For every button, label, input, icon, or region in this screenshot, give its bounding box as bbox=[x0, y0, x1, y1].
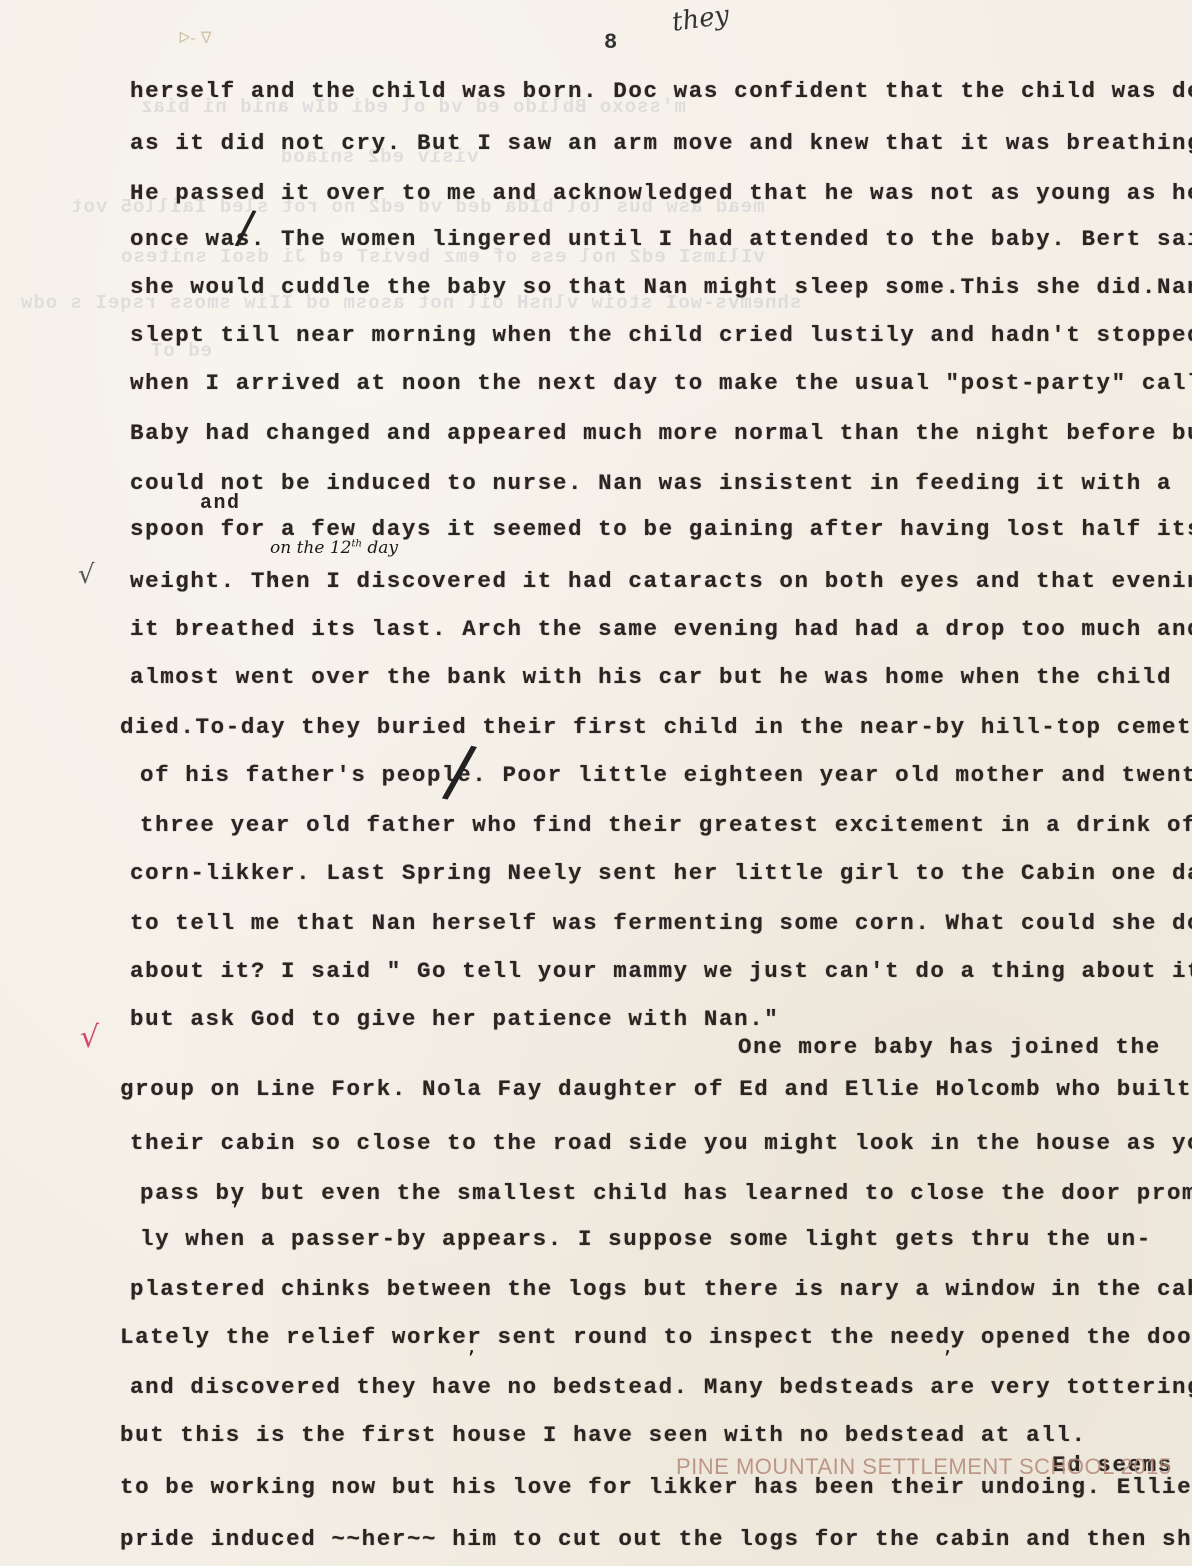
text-line: ly when a passer-by appears. I suppose s… bbox=[140, 1226, 1152, 1252]
page-edge bbox=[1192, 0, 1200, 1566]
text-line: three year old father who find their gre… bbox=[140, 812, 1192, 838]
text-line: of his father's people. Poor little eigh… bbox=[140, 762, 1192, 788]
watermark: PINE MOUNTAIN SETTLEMENT SCHOOL 2015 bbox=[676, 1454, 1172, 1480]
text-line: Lately the relief worker sent round to i… bbox=[120, 1324, 1192, 1350]
stray-mark: ᐅ- ᐁ bbox=[178, 28, 212, 47]
page-number: 8 bbox=[604, 30, 617, 55]
text-line: corn-likker. Last Spring Neely sent her … bbox=[130, 860, 1192, 886]
text-line: once was. The women lingered until I had… bbox=[130, 226, 1192, 252]
handwritten-comma-mark: , bbox=[232, 1186, 239, 1211]
text-line: pass by but even the smallest child has … bbox=[140, 1180, 1192, 1206]
red-checkmark-icon: √ bbox=[80, 1020, 99, 1055]
text-line: it breathed its last. Arch the same even… bbox=[130, 616, 1192, 642]
text-line: but this is the first house I have seen … bbox=[120, 1422, 1087, 1448]
text-line: could not be induced to nurse. Nan was i… bbox=[130, 470, 1172, 496]
text-line: almost went over the bank with his car b… bbox=[130, 664, 1172, 690]
handwritten-insert-12th-day: on the 12th day bbox=[270, 538, 398, 558]
handwritten-comma-mark: , bbox=[468, 1334, 475, 1359]
text-line: He passed it over to me and acknowledged… bbox=[130, 180, 1192, 206]
text-line: but ask God to give her patience with Na… bbox=[130, 1006, 779, 1032]
text-line: about it? I said " Go tell your mammy we… bbox=[130, 958, 1192, 984]
text-line: plastered chinks between the logs but th… bbox=[130, 1276, 1192, 1302]
text-line: group on Line Fork. Nola Fay daughter of… bbox=[120, 1076, 1192, 1102]
text-line: when I arrived at noon the next day to m… bbox=[130, 370, 1192, 396]
text-line: herself and the child was born. Doc was … bbox=[130, 78, 1192, 104]
text-line: and discovered they have no bedstead. Ma… bbox=[130, 1374, 1192, 1400]
document-page: m'ssoxo Bblido ed vd ol edi dIw anid ni … bbox=[0, 0, 1192, 1566]
text-line: died.To-day they buried their first chil… bbox=[120, 714, 1192, 740]
text-line: pride induced ~~her~~ him to cut out the… bbox=[120, 1526, 1192, 1552]
text-line: weight. Then I discovered it had catarac… bbox=[130, 568, 1192, 594]
checkmark-icon: √ bbox=[78, 560, 95, 590]
text-line: to tell me that Nan herself was fermenti… bbox=[130, 910, 1192, 936]
handwritten-insert-they: they bbox=[670, 0, 731, 38]
text-line: One more baby has joined the bbox=[738, 1034, 1161, 1060]
text-line: slept till near morning when the child c… bbox=[130, 322, 1192, 348]
typed-insert-and: and bbox=[200, 492, 241, 515]
text-line: Baby had changed and appeared much more … bbox=[130, 420, 1192, 446]
handwritten-comma-mark: , bbox=[944, 1334, 951, 1359]
text-line: their cabin so close to the road side yo… bbox=[130, 1130, 1192, 1156]
text-line: as it did not cry. But I saw an arm move… bbox=[130, 130, 1192, 156]
text-line: she would cuddle the baby so that Nan mi… bbox=[130, 274, 1192, 300]
